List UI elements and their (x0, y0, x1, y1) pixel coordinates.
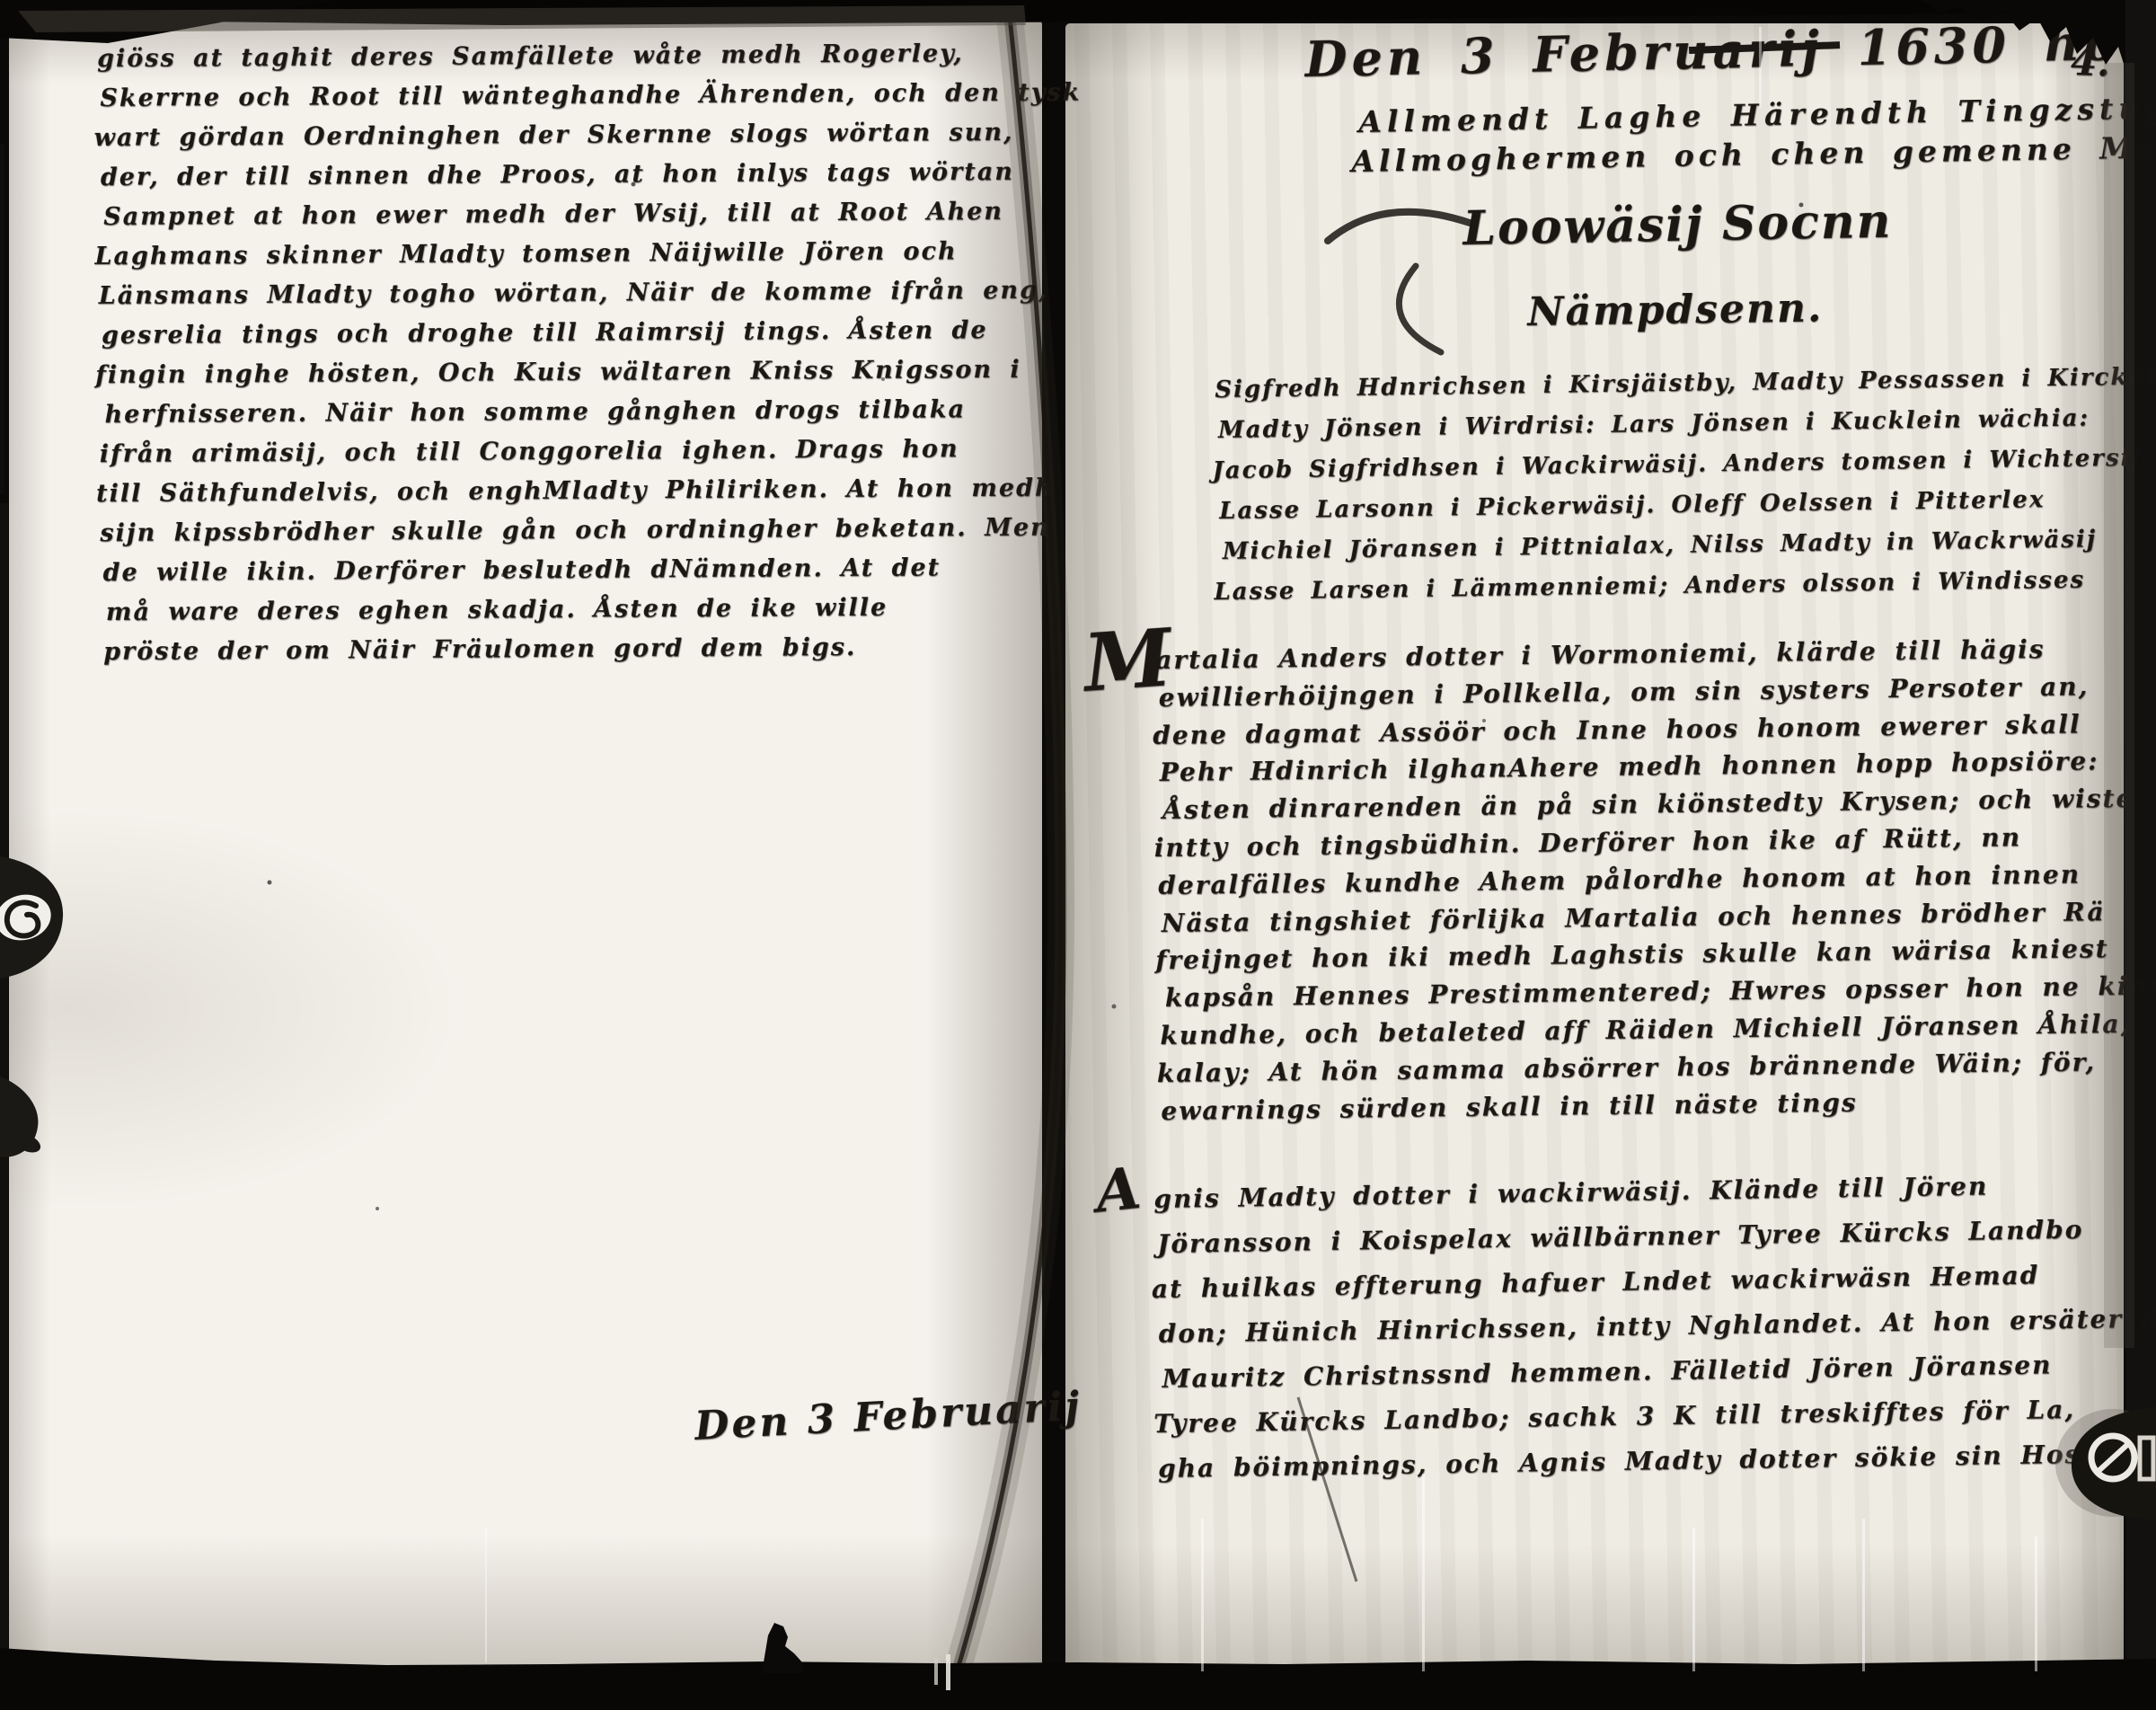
manuscript-line: gesrelia tings och droghe till Raimrsij … (102, 310, 1082, 356)
manuscript-scan: giöss at taghit deres Samfällete wåte me… (0, 0, 2156, 1710)
paragraph2-block: gnis Madty dotter i wackirwäsij. Klände … (1153, 1161, 2156, 1492)
manuscript-line: ifrån arimäsij, och till Conggorelia igh… (100, 429, 1081, 474)
manuscript-line: herfnisseren. Näir hon somme gånghen dro… (104, 389, 1085, 435)
manuscript-line: Sampnet at hon ewer medh der Wsij, till … (103, 191, 1084, 237)
paragraph1-block: artalia Anders dotter i Wormoniemi, klär… (1155, 629, 2156, 1130)
scan-left-border-upper (0, 144, 4, 494)
manuscript-line: till Säthfundelvis, och enghMladty Phili… (96, 468, 1077, 514)
scan-left-border (0, 503, 8, 1671)
manuscript-line: der, der till sinnen dhe Proos, at hon i… (101, 152, 1082, 198)
jury-list-block: Sigfredh Hdnrichsen i Kirsjäistby, Madty… (1215, 356, 2156, 613)
parish-heading: Loowäsij Socnn (1462, 194, 1893, 256)
manuscript-line: må ware deres eghen skadja. Åsten de ike… (106, 587, 1087, 633)
manuscript-line: fingin inghe hösten, Och Kuis wältaren K… (95, 350, 1076, 395)
manuscript-line: Laghmans skinner Mladty tomsen Näijwille… (94, 231, 1075, 277)
jury-heading: Nämpdsenn. (1527, 285, 1824, 335)
left-page-text-block: giöss at taghit deres Samfällete wåte me… (97, 33, 1082, 672)
manuscript-line: Länsmans Mladty togho wörtan, Näir de ko… (99, 270, 1080, 316)
manuscript-line: de wille ikin. Derförer beslutedh dNämnd… (102, 547, 1083, 593)
manuscript-line: Skerrne och Root till wänteghandhe Ähren… (100, 73, 1081, 119)
manuscript-line: wart gördan Oerdninghen der Skernne slog… (94, 112, 1075, 158)
paragraph2-initial: A (1092, 1155, 1144, 1227)
manuscript-line: pröste der om Näir Fräulomen gord dem bi… (103, 626, 1084, 672)
page-number: 4. (2070, 40, 2111, 85)
manuscript-line: sijn kipssbrödher skulle gån och ordning… (100, 508, 1081, 554)
manuscript-line: giöss at taghit deres Samfällete wåte me… (97, 33, 1078, 79)
